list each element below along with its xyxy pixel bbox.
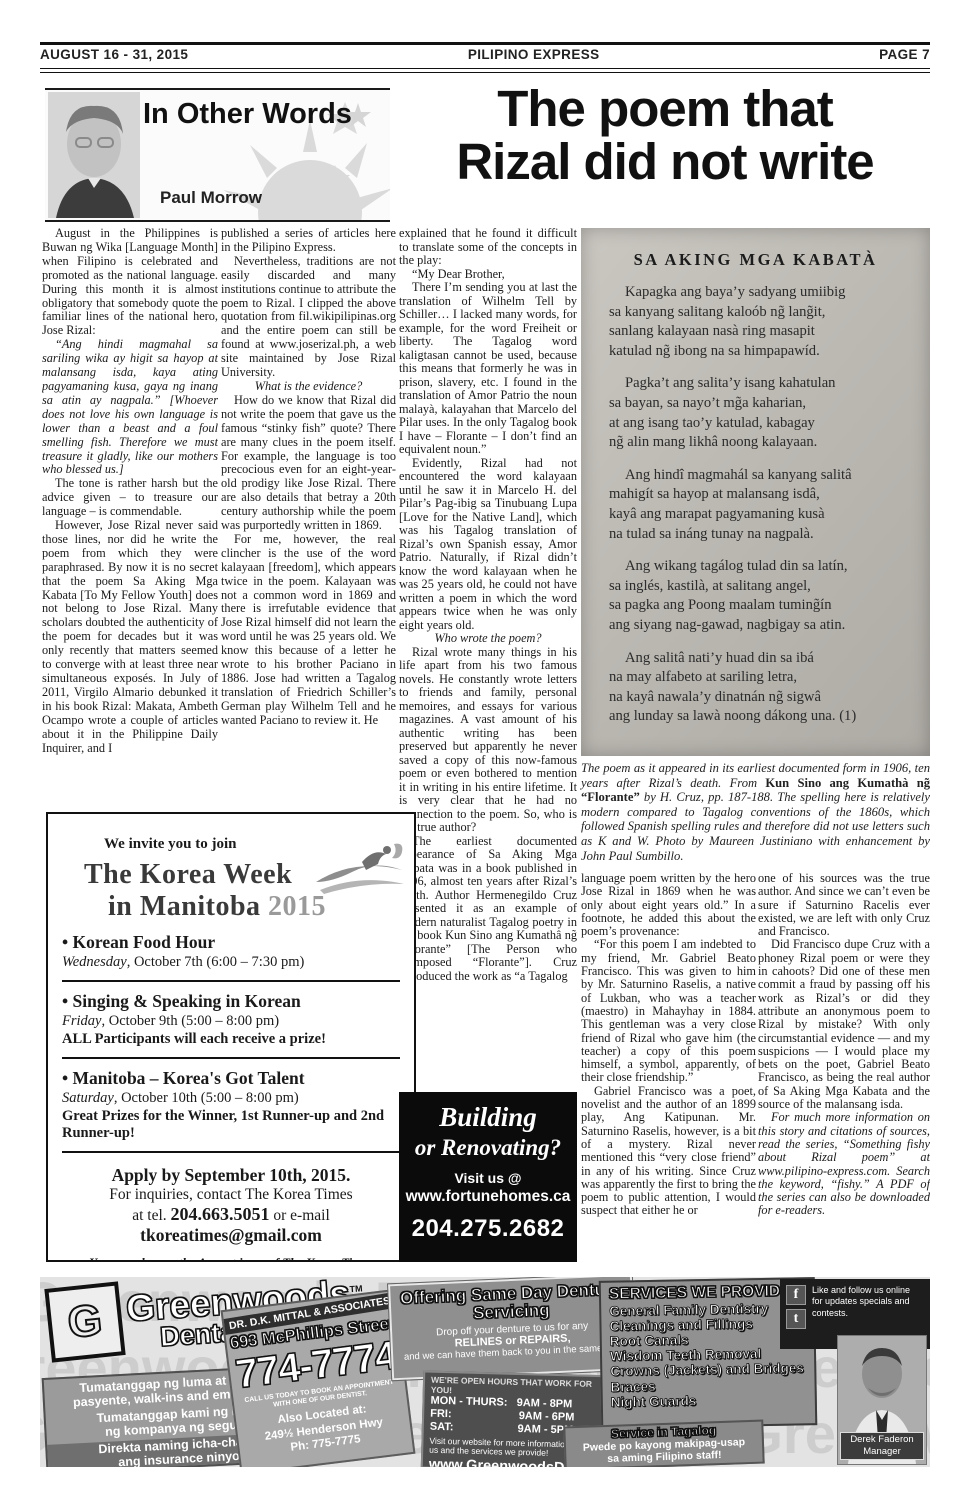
- event-note: ALL Participants will each receive a pri…: [62, 1031, 400, 1048]
- event-detail: Wednesday, October 7th (6:00 – 7:30 pm): [62, 954, 400, 971]
- fortune-homes-ad: Building or Renovating? Visit us @ www.f…: [399, 1092, 577, 1262]
- event-note: Great Prizes for the Winner, 1st Runner-…: [62, 1108, 400, 1142]
- event-time: , October 7th (6:00 – 7:30 pm): [127, 954, 305, 970]
- poem-line: sa bayan, sa nayo’t mg̃a kaharian,: [609, 394, 918, 414]
- poem-line: kayâ ang marapat pagyamaning kusà: [609, 505, 918, 525]
- paragraph: Rizal wrote many things in his life apar…: [399, 646, 577, 835]
- poem-line: na kayâ nawala’y dinatnán ng̃ sigwâ: [609, 688, 918, 708]
- korea-week-ad: We invite you to join The Korea Week in …: [46, 812, 416, 1262]
- headline-line1: The poem that: [398, 82, 932, 135]
- facebook-icon: f: [786, 1285, 806, 1305]
- header-date: AUGUST 16 - 31, 2015: [40, 47, 188, 62]
- headline-line2: Rizal did not write: [398, 135, 932, 188]
- manager-name: Derek Faderon: [841, 1434, 923, 1446]
- paragraph: For me, however, the real clincher is th…: [221, 533, 396, 728]
- poem-line: sanlang kalayaan nasà ring masapit: [609, 322, 918, 342]
- paragraph: one of his sources was the true author. …: [758, 872, 930, 938]
- paragraph: “For this poem I am indebted to my frien…: [581, 938, 756, 1084]
- paragraph: Evidently, Rizal had not encountered the…: [399, 457, 577, 633]
- paragraph: August in the Philippines is Buwan ng Wi…: [42, 227, 218, 338]
- paragraph: Did Francisco dupe Cruz with a phoney Ri…: [758, 938, 930, 1111]
- paragraph: How do we know that Rizal did not write …: [221, 394, 396, 533]
- swan-graphic: [314, 840, 406, 902]
- divider: [62, 980, 400, 982]
- apply-phone-line: at tel. 204.663.5051 or e-mail: [62, 1204, 400, 1225]
- greenwoods-logo-icon: G: [44, 1281, 125, 1362]
- korea-footer: You can also see the August issue of The…: [62, 1256, 400, 1262]
- star-icon: [345, 102, 371, 128]
- poem-line: Ang hindî magmahál sa kanyang salitâ: [609, 466, 918, 486]
- poem-line: Ang salitâ nati’y huad din sa ibá: [609, 649, 918, 669]
- services-list: General Family DentistryCleanings and Fi…: [609, 1300, 807, 1409]
- poem-line: ang lunday sa lawà noong dákong una. (1): [609, 707, 918, 727]
- korea-event-2: • Singing & Speaking in Korean Friday, O…: [62, 991, 400, 1048]
- service-item: Night Guards: [611, 1391, 807, 1410]
- article-column-3: explained that he found it difficult to …: [399, 227, 577, 1085]
- paragraph: Who wrote the poem?: [399, 632, 577, 646]
- paragraph: What is the evidence?: [221, 380, 396, 394]
- poem-line: ng̃ alin mang likhâ noong kalayaan.: [609, 433, 918, 453]
- masthead-title: In Other Words: [143, 98, 352, 131]
- twitter-icon: t: [786, 1309, 806, 1329]
- fortune-phone: 204.275.2682: [399, 1215, 577, 1243]
- fortune-visit: Visit us @: [399, 1170, 577, 1186]
- poem-text: Kapagka ang baya’y sadyang umiibigsa kan…: [581, 283, 930, 727]
- event-detail: Saturday, October 10th (5:00 – 8:00 pm): [62, 1090, 400, 1107]
- event-time: , October 10th (5:00 – 8:00 pm): [114, 1090, 299, 1106]
- poem-line: na tulad sa ináng tunay na nagpalà.: [609, 525, 918, 545]
- paragraph: For much more information on this story …: [758, 1111, 930, 1217]
- page-header: AUGUST 16 - 31, 2015 PILIPINO EXPRESS PA…: [40, 47, 930, 62]
- poem-line: Pagka’t ang salita’y isang kahatulan: [609, 374, 918, 394]
- divider: [62, 1151, 400, 1153]
- poem-line: sa inglés, kastilà, at salitang angel,: [609, 577, 918, 597]
- paragraph: Gabriel Francisco was a poet, novelist a…: [581, 1085, 756, 1218]
- event-detail: Friday, October 9th (5:00 – 8:00 pm): [62, 1013, 400, 1030]
- fortune-headline-2: or Renovating?: [399, 1135, 577, 1161]
- tagalog-service-box: Service in Tagalog Pwede po kayong makip…: [563, 1420, 764, 1467]
- poem-line: mahigít sa hayop at malansang isdâ,: [609, 485, 918, 505]
- korea-event-3: • Manitoba – Korea's Got Talent Saturday…: [62, 1068, 400, 1142]
- poem-line: Ang wikang tagálog tulad din sa latín,: [609, 557, 918, 577]
- apply-tel-label: at tel.: [132, 1207, 170, 1224]
- poem-line: na may alfabeto at sariling letra,: [609, 668, 918, 688]
- header-rule-bottom: [40, 72, 930, 73]
- services-title: SERVICES WE PROVIDE:: [609, 1282, 805, 1303]
- paragraph: However, Jose Rizal never said those lin…: [42, 519, 218, 755]
- page-number: PAGE 7: [879, 47, 930, 62]
- event-day: Wednesday: [62, 954, 127, 970]
- newspaper-page: AUGUST 16 - 31, 2015 PILIPINO EXPRESS PA…: [0, 0, 968, 1496]
- manager-title: Manager: [841, 1446, 923, 1458]
- poem-line: katulad ng̃ ibong na sa himpapawíd.: [609, 342, 918, 362]
- paragraph: There I’m sending you at last the transl…: [399, 281, 577, 457]
- poem-line: sa kanyang salitang kaloób ng̃ lang̃it,: [609, 303, 918, 323]
- fortune-headline-1: Building: [399, 1102, 577, 1133]
- paragraph: The tone is rather harsh but the advice …: [42, 477, 218, 519]
- apply-email-label: or e-mail: [270, 1207, 330, 1224]
- dental-banner-ad: Greenwoods Dental Centre Greenwoods Dent…: [40, 1277, 930, 1467]
- apply-contact: For inquiries, contact The Korea Times: [62, 1186, 400, 1204]
- headline: The poem that Rizal did not write: [398, 82, 932, 188]
- poem-line: sa pagka ang Poong maalam tuming̃ín: [609, 596, 918, 616]
- header-rule-mid: [40, 68, 930, 69]
- article-column-4: language poem written by the hero Jose R…: [581, 872, 756, 1264]
- poem-line: ang siyang nag-gawad, nagbigay sa atin.: [609, 616, 918, 636]
- paper-name: PILIPINO EXPRESS: [468, 47, 600, 62]
- column-masthead: In Other Words Paul Morrow: [45, 88, 390, 222]
- paragraph: The earliest documented appearance of Sa…: [399, 835, 577, 984]
- author-photo: [48, 92, 140, 218]
- footer-line1: You can also see the August issue of The…: [62, 1256, 400, 1262]
- logo-letter: G: [65, 1295, 104, 1348]
- author-name: Paul Morrow: [160, 188, 262, 208]
- event-name: • Manitoba – Korea's Got Talent: [62, 1068, 400, 1089]
- event-name: • Singing & Speaking in Korean: [62, 991, 400, 1012]
- event-time: , October 9th (5:00 – 8:00 pm): [101, 1013, 279, 1029]
- article-column-5: one of his sources was the true author. …: [758, 872, 930, 1264]
- poem-line: at ang isang tao’y katulad, kabagay: [609, 414, 918, 434]
- mittal-office-box: DR. D.K. MITTAL & ASSOCIATES 693 McPhill…: [221, 1289, 416, 1467]
- paragraph: “Ang hindi magmahal sa sariling wika ay …: [42, 338, 218, 477]
- manager-photo: Derek Faderon Manager: [837, 1335, 927, 1465]
- divider: [62, 1057, 400, 1059]
- paragraph: published a series of articles here in t…: [221, 227, 396, 255]
- article-column-1: August in the Philippines is Buwan ng Wi…: [42, 227, 218, 805]
- korea-email: tkoreatimes@gmail.com: [62, 1225, 400, 1246]
- apply-deadline: Apply by September 10th, 2015.: [62, 1165, 400, 1186]
- header-rule-top: [40, 42, 930, 45]
- poem-title: SA AKING MGA KABATÀ: [581, 250, 930, 270]
- paragraph: “My Dear Brother,: [399, 268, 577, 282]
- event-day: Saturday: [62, 1090, 114, 1106]
- paragraph: explained that he found it difficult to …: [399, 227, 577, 268]
- paragraph: Nevertheless, traditions are not easily …: [221, 255, 396, 380]
- poem-caption: The poem as it appeared in its earliest …: [581, 761, 930, 863]
- korea-phone: 204.663.5051: [171, 1204, 270, 1224]
- poem-line: Kapagka ang baya’y sadyang umiibig: [609, 283, 918, 303]
- event-name: • Korean Food Hour: [62, 932, 400, 953]
- korea-event-1: • Korean Food Hour Wednesday, October 7t…: [62, 932, 400, 971]
- korea-apply-block: Apply by September 10th, 2015. For inqui…: [62, 1165, 400, 1246]
- manager-label: Derek Faderon Manager: [840, 1432, 924, 1460]
- social-icons: f t: [786, 1285, 806, 1343]
- event-day: Friday: [62, 1013, 101, 1029]
- fortune-url: www.fortunehomes.ca: [399, 1188, 577, 1206]
- korea-title-text: in Manitoba: [108, 891, 261, 922]
- poem-photo-box: SA AKING MGA KABATÀ Kapagka ang baya’y s…: [581, 228, 930, 756]
- paragraph: language poem written by the hero Jose R…: [581, 872, 756, 938]
- article-column-2: published a series of articles here in t…: [221, 227, 396, 805]
